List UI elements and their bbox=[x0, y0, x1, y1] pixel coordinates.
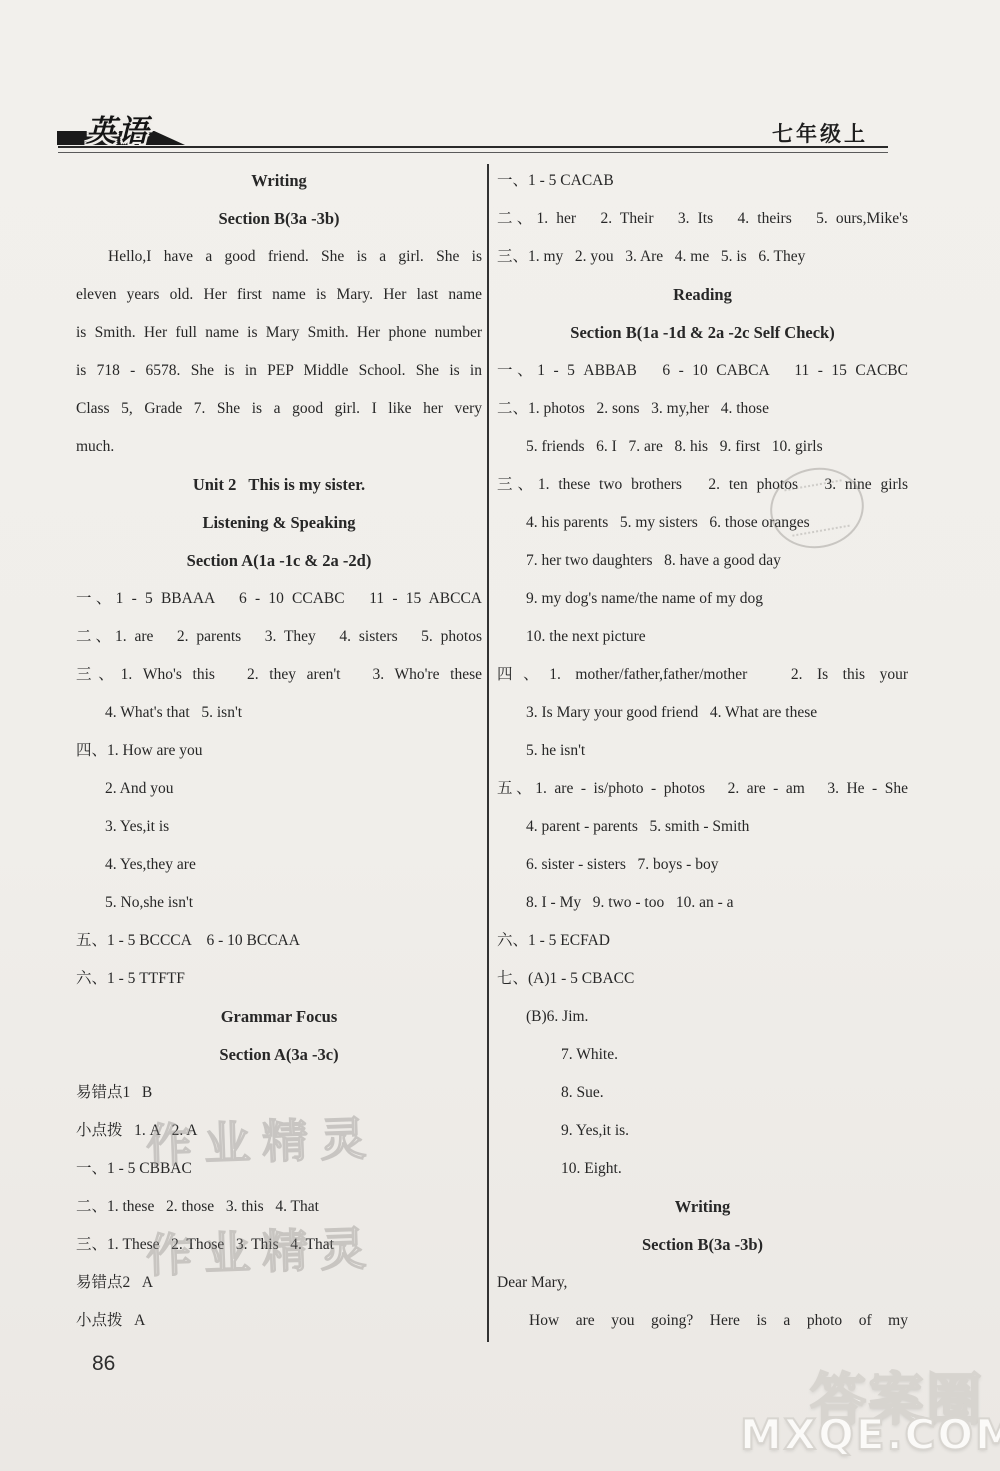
text-line: Writing bbox=[76, 162, 482, 200]
text-line: 2. And you bbox=[76, 770, 482, 808]
text-line: 二、1. photos 2. sons 3. my,her 4. those bbox=[497, 390, 908, 428]
text-line: 4. parent - parents 5. smith - Smith bbox=[497, 808, 908, 846]
text-line: 六、1 - 5 ECFAD bbox=[497, 922, 908, 960]
text-line: 9. Yes,it is. bbox=[497, 1112, 908, 1150]
text-line: 5. No,she isn't bbox=[76, 884, 482, 922]
text-line: Section A(1a -1c & 2a -2d) bbox=[76, 542, 482, 580]
text-line: Dear Mary, bbox=[497, 1264, 908, 1302]
text-line: 六、1 - 5 TTFTF bbox=[76, 960, 482, 998]
right-column: 一、1 - 5 CACAB二、1. her 2. Their 3. Its 4.… bbox=[497, 162, 908, 1340]
text-line: Class 5, Grade 7. She is a good girl. I … bbox=[76, 390, 482, 428]
text-line: Section B(3a -3b) bbox=[497, 1226, 908, 1264]
text-line: Listening & Speaking bbox=[76, 504, 482, 542]
scanned-answer-page: 英语 七年级上 WritingSection B(3a -3b)Hello,I … bbox=[0, 0, 1000, 1471]
text-line: Section B(3a -3b) bbox=[76, 200, 482, 238]
text-line: is Smith. Her full name is Mary Smith. H… bbox=[76, 314, 482, 352]
text-line: Section A(3a -3c) bbox=[76, 1036, 482, 1074]
ghost-watermark: 作业精灵 bbox=[145, 1212, 379, 1286]
text-line: 9. my dog's name/the name of my dog bbox=[497, 580, 908, 618]
site-url-watermark: MXQE.COM bbox=[740, 1410, 1000, 1459]
text-line: 10. Eight. bbox=[497, 1150, 908, 1188]
text-line: 5. he isn't bbox=[497, 732, 908, 770]
text-line: 小点拨 A bbox=[76, 1302, 482, 1340]
text-line: 7. White. bbox=[497, 1036, 908, 1074]
text-line: 二、1. are 2. parents 3. They 4. sisters 5… bbox=[76, 618, 482, 656]
header-rule bbox=[58, 146, 888, 153]
text-line: 三、1. my 2. you 3. Are 4. me 5. is 6. The… bbox=[497, 238, 908, 276]
text-line: Grammar Focus bbox=[76, 998, 482, 1036]
ghost-watermark: 作业精灵 bbox=[145, 1102, 379, 1176]
text-line: is 718 - 6578. She is in PEP Middle Scho… bbox=[76, 352, 482, 390]
text-line: 8. Sue. bbox=[497, 1074, 908, 1112]
text-line: 7. her two daughters 8. have a good day bbox=[497, 542, 908, 580]
text-line: 3. Yes,it is bbox=[76, 808, 482, 846]
text-line: 二、1. her 2. Their 3. Its 4. theirs 5. ou… bbox=[497, 200, 908, 238]
text-line: Hello,I have a good friend. She is a gir… bbox=[76, 238, 482, 276]
text-line: 10. the next picture bbox=[497, 618, 908, 656]
text-line: 4. What's that 5. isn't bbox=[76, 694, 482, 732]
subject-title: 英语 bbox=[86, 106, 150, 150]
text-line: 5. friends 6. I 7. are 8. his 9. first 1… bbox=[497, 428, 908, 466]
text-line: 一、1 - 5 BBAAA 6 - 10 CCABC 11 - 15 ABCCA bbox=[76, 580, 482, 618]
text-line: How are you going? Here is a photo of my bbox=[497, 1302, 908, 1340]
text-line: Reading bbox=[497, 276, 908, 314]
text-line: 五、1 - 5 BCCCA 6 - 10 BCCAA bbox=[76, 922, 482, 960]
text-line: 8. I - My 9. two - too 10. an - a bbox=[497, 884, 908, 922]
text-line: Section B(1a -1d & 2a -2c Self Check) bbox=[497, 314, 908, 352]
grade-label: 七年级上 bbox=[772, 118, 868, 148]
text-line: 四、1. How are you bbox=[76, 732, 482, 770]
text-line: 6. sister - sisters 7. boys - boy bbox=[497, 846, 908, 884]
text-line: eleven years old. Her first name is Mary… bbox=[76, 276, 482, 314]
text-line: (B)6. Jim. bbox=[497, 998, 908, 1036]
text-line: 一、1 - 5 ABBAB 6 - 10 CABCA 11 - 15 CACBC bbox=[497, 352, 908, 390]
column-divider bbox=[487, 164, 489, 1342]
text-line: 四、1. mother/father,father/mother 2. Is t… bbox=[497, 656, 908, 694]
text-line: 七、(A)1 - 5 CBACC bbox=[497, 960, 908, 998]
text-line: 五、1. are - is/photo - photos 2. are - am… bbox=[497, 770, 908, 808]
text-line: 3. Is Mary your good friend 4. What are … bbox=[497, 694, 908, 732]
text-line: 三、1. Who's this 2. they aren't 3. Who're… bbox=[76, 656, 482, 694]
text-line: much. bbox=[76, 428, 482, 466]
text-line: 4. Yes,they are bbox=[76, 846, 482, 884]
page-number: 86 bbox=[92, 1352, 115, 1376]
text-line: Unit 2 This is my sister. bbox=[76, 466, 482, 504]
text-line: 一、1 - 5 CACAB bbox=[497, 162, 908, 200]
text-line: Writing bbox=[497, 1188, 908, 1226]
